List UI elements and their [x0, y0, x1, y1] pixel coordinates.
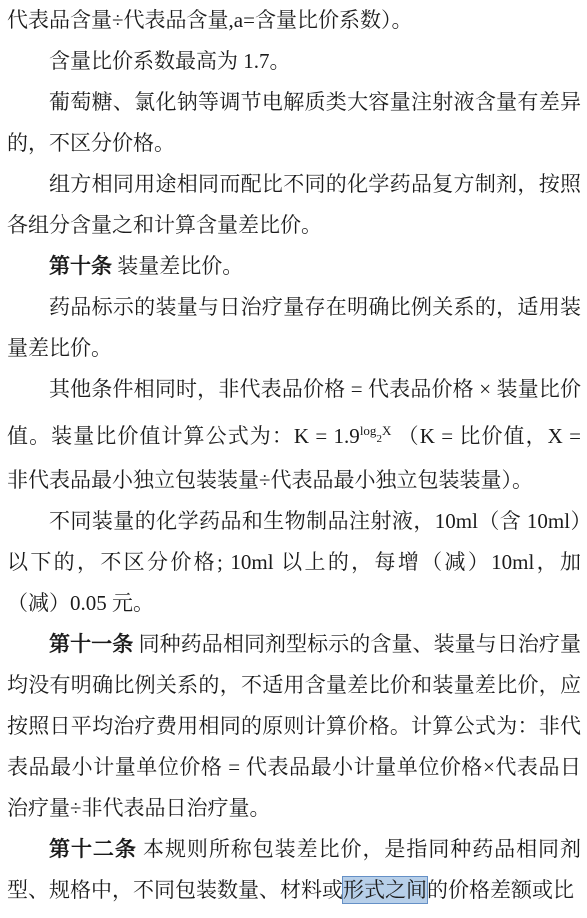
highlighted-text: 形式之间	[343, 877, 427, 903]
formula-exponent: log	[360, 423, 377, 438]
paragraph: 葡萄糖、氯化钠等调节电解质类大容量注射液含量有差异的，不区分价格。	[7, 82, 581, 164]
document-page: 代表品含量÷代表品含量,a=含量比价系数）。含量比价系数最高为 1.7。葡萄糖、…	[0, 0, 587, 918]
article-heading: 第十条	[49, 254, 112, 278]
paragraph: 含量比价系数最高为 1.7。	[7, 41, 581, 82]
text-segment: 同种药品相同剂型标示的含量、装量与日治疗量均没有明确比例关系的，不适用含量差比价…	[7, 632, 581, 820]
text-segment: 装量差比价。	[112, 254, 243, 278]
text-segment: 的价格差额或比	[427, 878, 574, 902]
paragraph: 第十二条 本规则所称包装差比价，是指同种药品相同剂型、规格中，不同包装数量、材料…	[7, 829, 581, 911]
paragraph: 其他条件相同时，非代表品价格 = 代表品价格 × 装量比价值。装量比价值计算公式…	[7, 369, 581, 501]
text-segment: 药品标示的装量与日治疗量存在明确比例关系的，适用装量差比价。	[7, 295, 581, 360]
document-body: 代表品含量÷代表品含量,a=含量比价系数）。含量比价系数最高为 1.7。葡萄糖、…	[7, 0, 581, 911]
paragraph: 第十条 装量差比价。	[7, 246, 581, 287]
text-segment: 组方相同用途相同而配比不同的化学药品复方制剂，按照各组分含量之和计算含量差比价。	[7, 172, 581, 237]
text-segment: 含量比价系数最高为 1.7。	[49, 49, 291, 73]
paragraph: 不同装量的化学药品和生物制品注射液，10ml（含 10ml）以下的，不区分价格;…	[7, 501, 581, 624]
article-heading: 第十一条	[49, 632, 133, 656]
paragraph: 代表品含量÷代表品含量,a=含量比价系数）。	[7, 0, 581, 41]
text-segment: 代表品含量÷代表品含量,a=含量比价系数）。	[7, 8, 412, 32]
text-segment: 不同装量的化学药品和生物制品注射液，10ml（含 10ml）以下的，不区分价格;…	[7, 509, 581, 615]
formula-exponent: X	[382, 423, 391, 438]
article-heading: 第十二条	[49, 837, 137, 861]
text-segment: 葡萄糖、氯化钠等调节电解质类大容量注射液含量有差异的，不区分价格。	[7, 90, 581, 155]
paragraph: 组方相同用途相同而配比不同的化学药品复方制剂，按照各组分含量之和计算含量差比价。	[7, 164, 581, 246]
paragraph: 第十一条 同种药品相同剂型标示的含量、装量与日治疗量均没有明确比例关系的，不适用…	[7, 624, 581, 829]
paragraph: 药品标示的装量与日治疗量存在明确比例关系的，适用装量差比价。	[7, 287, 581, 369]
